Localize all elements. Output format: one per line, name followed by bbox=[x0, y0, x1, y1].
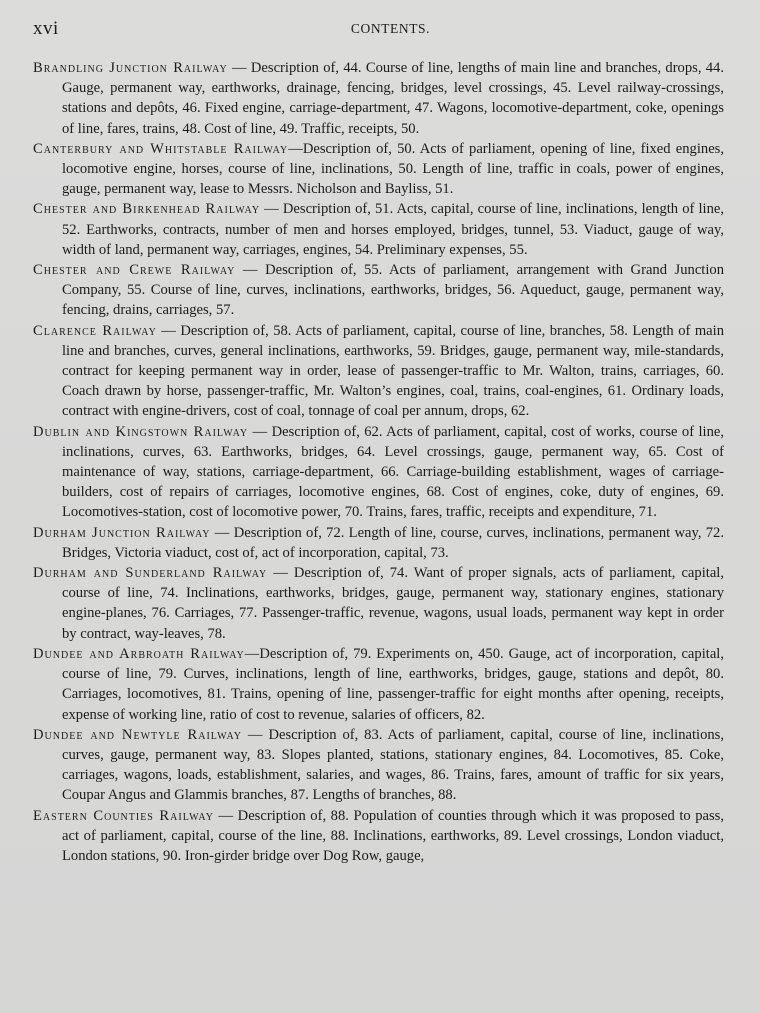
contents-entry: Chester and Birkenhead Railway — Descrip… bbox=[33, 199, 724, 260]
contents-entry: Eastern Counties Railway — Description o… bbox=[33, 806, 724, 867]
running-title: CONTENTS. bbox=[33, 21, 724, 37]
page-header: xvi CONTENTS. bbox=[33, 18, 724, 42]
entry-title: Brandling Junction Railway bbox=[33, 60, 228, 76]
entry-title: Dundee and Newtyle Railway bbox=[33, 727, 242, 743]
entry-title: Durham and Sunderland Railway bbox=[33, 565, 267, 581]
entry-dash: — bbox=[288, 141, 303, 157]
entry-title: Eastern Counties Railway bbox=[33, 808, 214, 824]
entry-dash: — bbox=[157, 323, 181, 339]
contents-entry: Dublin and Kingstown Railway — Descripti… bbox=[33, 422, 724, 523]
entry-dash: — bbox=[214, 808, 238, 824]
contents-entry: Chester and Crewe Railway — Description … bbox=[33, 260, 724, 321]
book-page: xvi CONTENTS. Brandling Junction Railway… bbox=[0, 0, 760, 1013]
contents-entry: Durham and Sunderland Railway — Descript… bbox=[33, 563, 724, 644]
entry-title: Durham Junction Railway bbox=[33, 525, 211, 541]
entry-title: Chester and Birkenhead Railway bbox=[33, 201, 260, 217]
entry-dash: — bbox=[267, 565, 294, 581]
contents-entry: Clarence Railway — Description of, 58. A… bbox=[33, 321, 724, 422]
entry-dash: — bbox=[211, 525, 234, 541]
contents-entry: Brandling Junction Railway — Description… bbox=[33, 58, 724, 139]
contents-entry: Dundee and Arbroath Railway—Description … bbox=[33, 644, 724, 725]
contents-entry: Durham Junction Railway — Description of… bbox=[33, 523, 724, 563]
entry-dash: — bbox=[248, 424, 271, 440]
entry-dash: — bbox=[242, 727, 268, 743]
entry-dash: — bbox=[228, 60, 251, 76]
entry-title: Chester and Crewe Railway bbox=[33, 262, 235, 278]
entry-title: Dundee and Arbroath Railway bbox=[33, 646, 245, 662]
entry-title: Dublin and Kingstown Railway bbox=[33, 424, 248, 440]
contents-entries: Brandling Junction Railway — Description… bbox=[33, 58, 724, 866]
contents-entry: Canterbury and Whitstable Railway—Descri… bbox=[33, 139, 724, 200]
entry-dash: — bbox=[235, 262, 265, 278]
entry-dash: — bbox=[260, 201, 283, 217]
entry-title: Clarence Railway bbox=[33, 323, 157, 339]
entry-dash: — bbox=[245, 646, 260, 662]
entry-title: Canterbury and Whitstable Railway bbox=[33, 141, 288, 157]
contents-entry: Dundee and Newtyle Railway — Description… bbox=[33, 725, 724, 806]
